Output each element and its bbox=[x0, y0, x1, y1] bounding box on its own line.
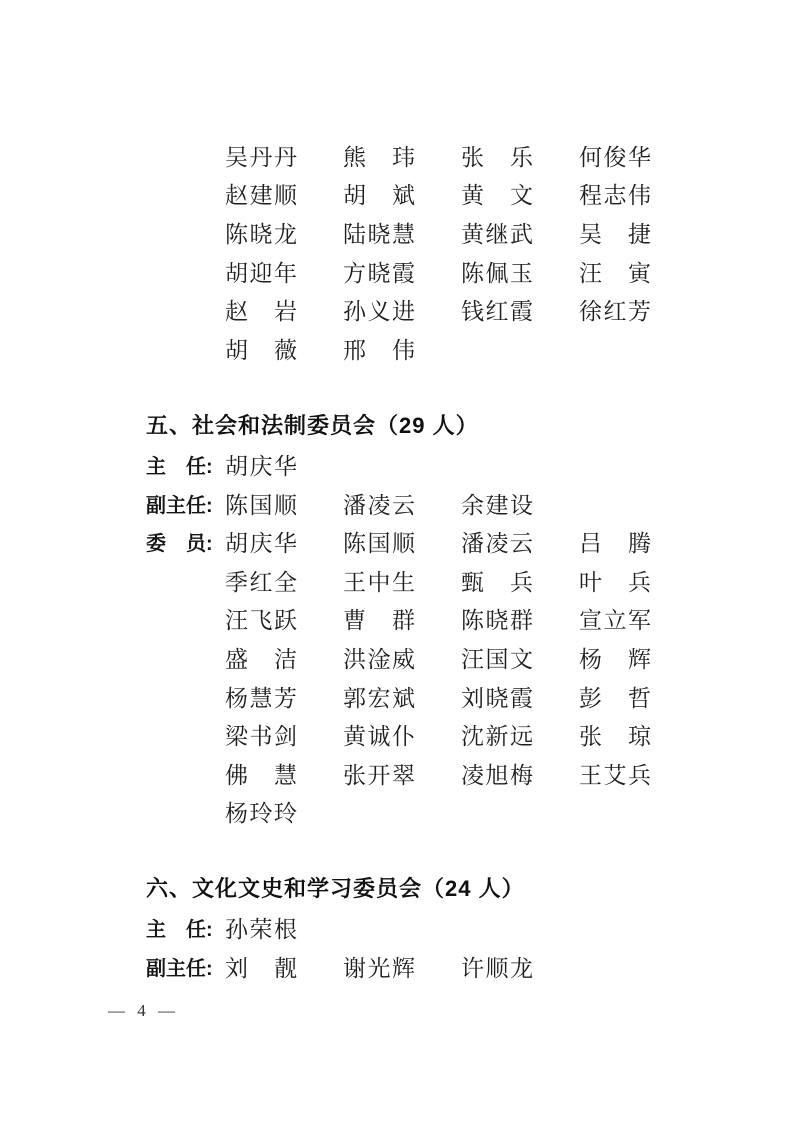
member-name: 钱红霞 bbox=[461, 293, 533, 326]
member-name: 吴丹丹 bbox=[225, 139, 297, 172]
members-row: 佛慧 张开翠 凌旭梅 王艾兵 bbox=[146, 754, 666, 793]
member-name: 熊玮 bbox=[343, 139, 415, 172]
members-row: 梁书剑 黄诚仆 沈新远 张琼 bbox=[146, 715, 666, 754]
member-name: 陈晓龙 bbox=[225, 216, 297, 249]
member-name: 张开翠 bbox=[343, 757, 415, 790]
page-number: — 4 — bbox=[108, 1001, 179, 1021]
member-name: 彭哲 bbox=[579, 680, 651, 713]
member-name: 王艾兵 bbox=[579, 757, 651, 790]
name-row: 赵建顺 胡斌 黄文 程志伟 bbox=[146, 175, 666, 214]
member-name: 赵岩 bbox=[225, 293, 297, 326]
member-name: 杨辉 bbox=[579, 641, 651, 674]
member-name: 吴捷 bbox=[579, 216, 651, 249]
member-name: 潘凌云 bbox=[461, 525, 533, 558]
chair-row: 主 任: 孙荣根 bbox=[146, 909, 666, 948]
member-name: 黄诚仆 bbox=[343, 718, 415, 751]
member-name: 黄文 bbox=[461, 177, 533, 210]
members-row: 盛洁 洪淦威 汪国文 杨辉 bbox=[146, 638, 666, 677]
member-name: 佛慧 bbox=[225, 757, 297, 790]
member-name: 陆晓慧 bbox=[343, 216, 415, 249]
member-name: 胡庆华 bbox=[225, 525, 297, 558]
member-name: 杨慧芳 bbox=[225, 680, 297, 713]
name-row: 陈晓龙 陆晓慧 黄继武 吴捷 bbox=[146, 213, 666, 252]
section5-title: 五、社会和法制委员会（29 人） bbox=[146, 407, 666, 446]
chair-name: 胡庆华 bbox=[225, 448, 297, 481]
member-name: 徐红芳 bbox=[579, 293, 651, 326]
vice-chair-label: 副主任: bbox=[146, 489, 225, 518]
members-row: 季红全 王中生 甄兵 叶兵 bbox=[146, 561, 666, 600]
member-name: 盛洁 bbox=[225, 641, 297, 674]
member-name: 陈佩玉 bbox=[461, 255, 533, 288]
member-name: 吕腾 bbox=[579, 525, 651, 558]
chair-name: 孙荣根 bbox=[225, 911, 297, 944]
member-name: 赵建顺 bbox=[225, 177, 297, 210]
member-name: 郭宏斌 bbox=[343, 680, 415, 713]
member-name: 叶兵 bbox=[579, 564, 651, 597]
members-row: 汪飞跃 曹群 陈晓群 宣立军 bbox=[146, 600, 666, 639]
member-name: 张琼 bbox=[579, 718, 651, 751]
member-name: 孙义进 bbox=[343, 293, 415, 326]
name-row: 胡迎年 方晓霞 陈佩玉 汪寅 bbox=[146, 252, 666, 291]
members-row: 杨慧芳 郭宏斌 刘晓霞 彭哲 bbox=[146, 677, 666, 716]
name-row: 吴丹丹 熊玮 张乐 何俊华 bbox=[146, 136, 666, 175]
member-name: 胡迎年 bbox=[225, 255, 297, 288]
members-row: 委 员: 胡庆华 陈国顺 潘凌云 吕腾 bbox=[146, 522, 666, 561]
member-name: 汪飞跃 bbox=[225, 602, 297, 635]
chair-label: 主 任: bbox=[146, 913, 225, 942]
member-name: 季红全 bbox=[225, 564, 297, 597]
vice-chair-name: 潘凌云 bbox=[343, 487, 415, 520]
member-name: 杨玲玲 bbox=[225, 795, 297, 828]
chair-row: 主 任: 胡庆华 bbox=[146, 445, 666, 484]
members-label: 委 员: bbox=[146, 527, 225, 556]
member-name: 宣立军 bbox=[579, 602, 651, 635]
member-name: 曹群 bbox=[343, 602, 415, 635]
member-name: 汪国文 bbox=[461, 641, 533, 674]
member-name: 胡薇 bbox=[225, 332, 297, 365]
member-name: 沈新远 bbox=[461, 718, 533, 751]
member-name: 梁书剑 bbox=[225, 718, 297, 751]
vice-chair-row: 副主任: 刘靓 谢光辉 许顺龙 bbox=[146, 947, 666, 986]
chair-label: 主 任: bbox=[146, 450, 225, 479]
document-content: 吴丹丹 熊玮 张乐 何俊华 赵建顺 胡斌 黄文 程志伟 陈晓龙 陆晓慧 黄继武 … bbox=[146, 136, 666, 986]
vice-chair-row: 副主任: 陈国顺 潘凌云 余建设 bbox=[146, 484, 666, 523]
member-name: 胡斌 bbox=[343, 177, 415, 210]
section6-title: 六、文化文史和学习委员会（24 人） bbox=[146, 870, 666, 909]
vice-chair-label: 副主任: bbox=[146, 952, 225, 981]
name-row: 胡薇 邢伟 bbox=[146, 329, 666, 368]
name-row: 赵岩 孙义进 钱红霞 徐红芳 bbox=[146, 290, 666, 329]
member-name: 汪寅 bbox=[579, 255, 651, 288]
vice-chair-name: 余建设 bbox=[461, 487, 533, 520]
member-name: 王中生 bbox=[343, 564, 415, 597]
member-name: 凌旭梅 bbox=[461, 757, 533, 790]
member-name: 陈晓群 bbox=[461, 602, 533, 635]
member-name: 何俊华 bbox=[579, 139, 651, 172]
member-name: 洪淦威 bbox=[343, 641, 415, 674]
scanned-document-page: { "page": { "footer_page_number": "— 4 —… bbox=[0, 0, 793, 1122]
member-name: 程志伟 bbox=[579, 177, 651, 210]
vice-chair-name: 许顺龙 bbox=[461, 950, 533, 983]
member-name: 甄兵 bbox=[461, 564, 533, 597]
vice-chair-name: 谢光辉 bbox=[343, 950, 415, 983]
member-name: 陈国顺 bbox=[343, 525, 415, 558]
members-row: 杨玲玲 bbox=[146, 793, 666, 832]
member-name: 黄继武 bbox=[461, 216, 533, 249]
member-name: 张乐 bbox=[461, 139, 533, 172]
member-name: 邢伟 bbox=[343, 332, 415, 365]
vice-chair-name: 陈国顺 bbox=[225, 487, 297, 520]
member-name: 方晓霞 bbox=[343, 255, 415, 288]
member-name: 刘晓霞 bbox=[461, 680, 533, 713]
vice-chair-name: 刘靓 bbox=[225, 950, 297, 983]
